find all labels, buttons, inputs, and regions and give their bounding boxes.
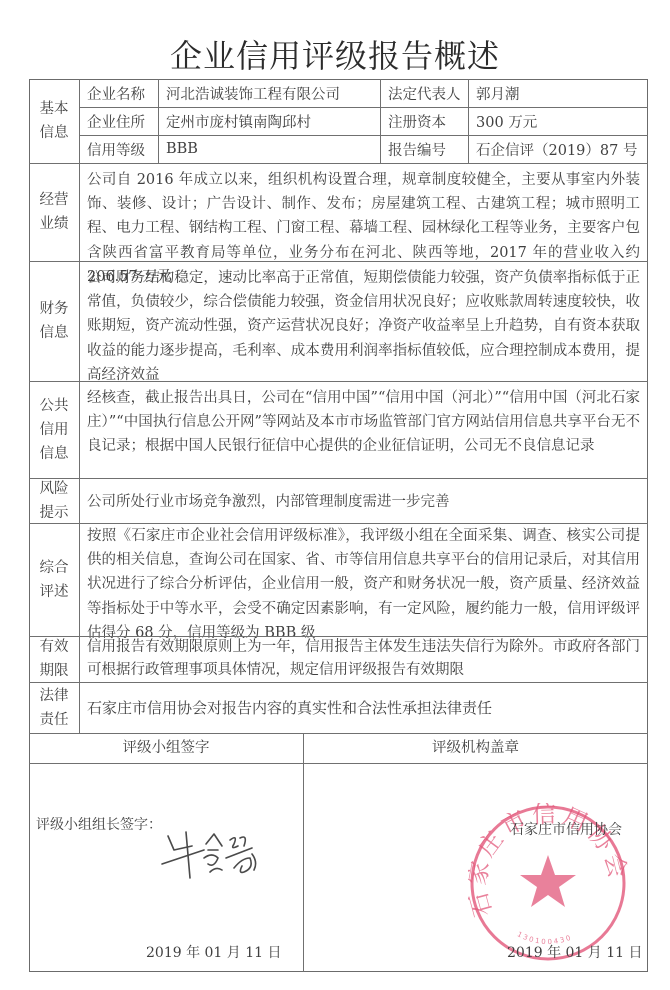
section-label-operations: 经营业绩	[29, 163, 79, 261]
section-text-summary: 按照《石家庄市企业社会信用评级标准》，我评级小组在全面采集、调查、核实公司提供的…	[79, 523, 648, 636]
field-value-company-name: 河北浩诚装饰工程有限公司	[158, 79, 380, 107]
field-label-company-name: 企业名称	[79, 79, 158, 107]
section-text-risk: 公司所处行业市场竞争激烈，内部管理制度需进一步完善	[79, 478, 648, 523]
divider	[468, 79, 469, 163]
page-title: 企业信用评级报告概述	[0, 36, 670, 76]
section-text-public-credit: 经核查，截止报告出具日，公司在“信用中国”“信用中国（河北）”“信用中国（河北石…	[79, 381, 648, 478]
field-value-address: 定州市庞村镇南陶邱村	[158, 107, 380, 135]
field-label-legal-rep: 法定代表人	[380, 79, 468, 107]
divider	[303, 733, 304, 972]
section-label-validity: 有效期限	[29, 636, 79, 682]
sign-header-rating-team: 评级小组签字	[29, 733, 303, 763]
handwritten-signature	[160, 828, 280, 888]
section-label-legal: 法律责任	[29, 682, 79, 733]
field-value-report-number: 石企信评（2019）87 号	[468, 135, 648, 163]
section-label-finance: 财务信息	[29, 261, 79, 381]
agency-sign-date: 2019 年 01 月 11 日	[507, 942, 643, 962]
field-value-registered-capital: 300 万元	[468, 107, 648, 135]
section-label-risk: 风险提示	[29, 478, 79, 523]
field-label-registered-capital: 注册资本	[380, 107, 468, 135]
divider	[158, 79, 159, 163]
field-label-credit-grade: 信用等级	[79, 135, 158, 163]
field-label-address: 企业住所	[79, 107, 158, 135]
leader-sign-date: 2019 年 01 月 11 日	[146, 942, 282, 962]
divider	[79, 135, 648, 136]
divider	[79, 107, 648, 108]
section-label-public-credit: 公共信用信息	[29, 381, 79, 478]
basic-info-label-text: 基本信息	[38, 97, 70, 145]
divider	[29, 763, 648, 764]
basic-info-section-label: 基本信息	[29, 79, 79, 163]
leader-signature-label: 评级小组组长签字：	[36, 814, 162, 834]
field-value-credit-grade: BBB	[158, 135, 380, 163]
section-label-summary: 综合评述	[29, 523, 79, 636]
section-text-operations: 公司自 2016 年成立以来，组织机构设置合理，规章制度较健全，主要从事室内外装…	[79, 163, 648, 261]
section-text-validity: 信用报告有效期限原则上为一年，信用报告主体发生违法失信行为除外。市政府各部门可根…	[79, 636, 648, 682]
section-text-finance: 公司财务结构稳定，速动比率高于正常值，短期偿债能力较强，资产负债率指标低于正常值…	[79, 261, 648, 381]
field-value-legal-rep: 郭月潮	[468, 79, 648, 107]
divider	[380, 79, 381, 163]
section-text-legal: 石家庄市信用协会对报告内容的真实性和合法性承担法律责任	[79, 682, 648, 733]
sign-header-rating-agency: 评级机构盖章	[303, 733, 648, 763]
field-label-report-number: 报告编号	[380, 135, 468, 163]
rating-org-name: 石家庄市信用协会	[510, 819, 622, 839]
